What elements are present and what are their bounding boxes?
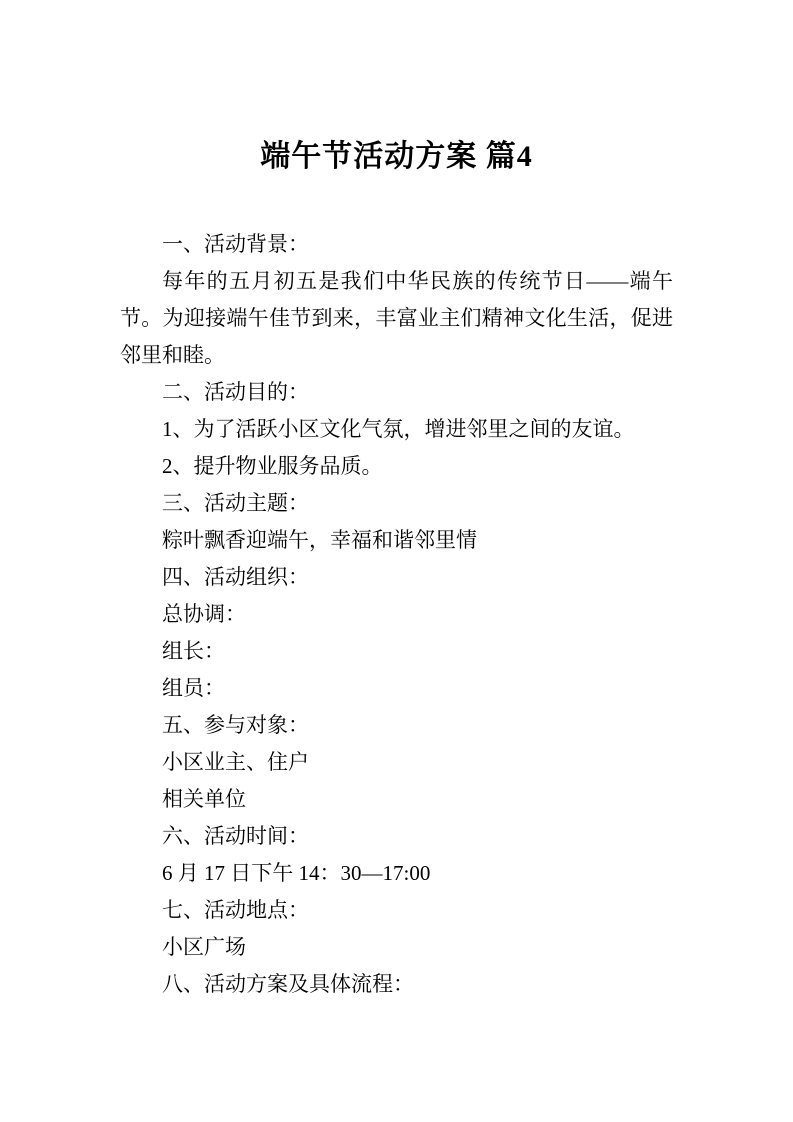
document-line: 6 月 17 日下午 14：30—17:00 [120, 855, 673, 892]
document-line: 五、参与对象： [120, 707, 673, 744]
document-line: 小区广场 [120, 929, 673, 966]
document-line: 组员： [120, 670, 673, 707]
document-line: 2、提升物业服务品质。 [120, 448, 673, 485]
document-body: 一、活动背景：每年的五月初五是我们中华民族的传统节日——端午节。为迎接端午佳节到… [120, 226, 673, 1003]
document-line: 1、为了活跃小区文化气氛，增进邻里之间的友谊。 [120, 411, 673, 448]
document-title: 端午节活动方案 篇4 [120, 135, 673, 179]
document-line: 二、活动目的： [120, 374, 673, 411]
document-line: 组长： [120, 633, 673, 670]
document-line: 三、活动主题： [120, 485, 673, 522]
document-line: 八、活动方案及具体流程： [120, 966, 673, 1003]
document-content: 端午节活动方案 篇4 一、活动背景：每年的五月初五是我们中华民族的传统节日——端… [120, 135, 673, 1003]
document-line: 一、活动背景： [120, 226, 673, 263]
document-line: 粽叶飘香迎端午，幸福和谐邻里情 [120, 522, 673, 559]
document-line: 邻里和睦。 [120, 337, 673, 374]
document-line: 总协调： [120, 596, 673, 633]
document-line: 四、活动组织： [120, 559, 673, 596]
document-line: 每年的五月初五是我们中华民族的传统节日——端午 [120, 263, 673, 300]
document-line: 节。为迎接端午佳节到来，丰富业主们精神文化生活，促进 [120, 300, 673, 337]
document-line: 相关单位 [120, 781, 673, 818]
document-line: 六、活动时间： [120, 818, 673, 855]
document-page: 端午节活动方案 篇4 一、活动背景：每年的五月初五是我们中华民族的传统节日——端… [0, 0, 793, 1122]
document-line: 七、活动地点： [120, 892, 673, 929]
document-line: 小区业主、住户 [120, 744, 673, 781]
